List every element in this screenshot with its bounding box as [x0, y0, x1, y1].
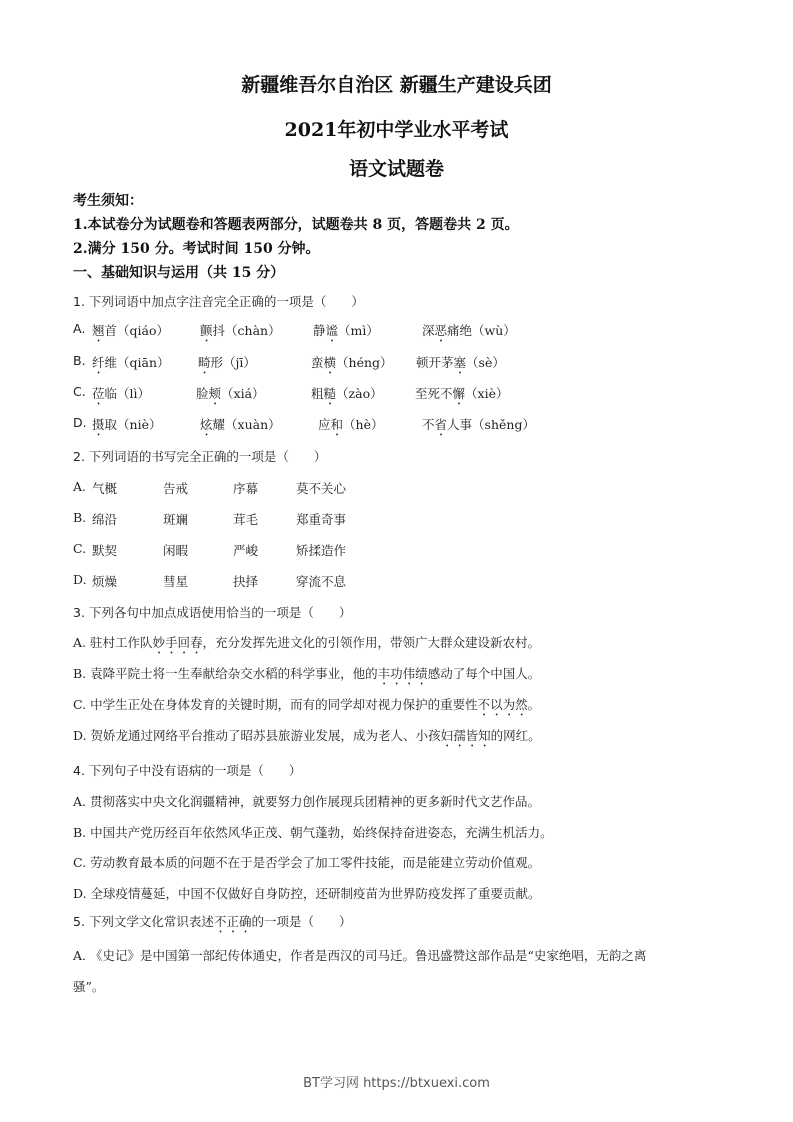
option-word: 不省人事（shěng） — [422, 415, 535, 439]
option-word: 静谧（mì） — [313, 321, 379, 345]
question-5-stem: 5. 下列文学文化常识表述不正确的一项是（ ） — [73, 912, 351, 936]
option-word: 莅临（lì） — [92, 384, 150, 408]
question-2-stem: 2. 下列词语的书写完全正确的一项是（ ） — [73, 447, 326, 465]
question-5-option-a-continued: 骚”。 — [73, 977, 104, 995]
question-3-option-d: D. 贺娇龙通过网络平台推动了昭苏县旅游业发展，成为老人、小孩妇孺皆知的网红。 — [73, 726, 541, 750]
option-word: 颤抖（chàn） — [200, 321, 281, 345]
notice-heading: 考生须知： — [73, 190, 143, 210]
question-1-stem: 1. 下列词语中加点字注音完全正确的一项是（ ） — [73, 292, 364, 310]
question-3-option-b: B. 袁降平院士将一生奉献给杂交水稻的科学事业，他的丰功伟绩感动了每个中国人。 — [73, 664, 540, 688]
watermark-footer: BT学习网 https://btxuexi.com — [0, 1072, 793, 1091]
option-word: 顿开茅塞（sè） — [416, 353, 505, 377]
option-word: 蛮横（héng） — [311, 353, 393, 377]
option-word: 至死不懈（xiè） — [415, 384, 508, 408]
question-4-option-a: A. 贯彻落实中央文化润疆精神，就要努力创作展现兵团精神的更多新时代文艺作品。 — [73, 792, 540, 810]
notice-item-1: 1.本试卷分为试题卷和答题表两部分，试题卷共 8 页，答题卷共 2 页。 — [73, 214, 519, 234]
option-word: 深恶痛绝（wù） — [422, 321, 516, 345]
question-3-stem: 3. 下列各句中加点成语使用恰当的一项是（ ） — [73, 603, 351, 621]
option-word: 畸形（jī） — [198, 353, 256, 377]
option-word: 应和（hè） — [318, 415, 383, 439]
question-number: 1. — [73, 294, 85, 309]
notice-item-2: 2.满分 150 分。考试时间 150 分钟。 — [73, 238, 320, 258]
exam-page: 新疆维吾尔自治区 新疆生产建设兵团 2021年初中学业水平考试 语文试题卷 考生… — [0, 0, 793, 1122]
title-subject: 语文试题卷 — [0, 154, 793, 181]
title-exam: 2021年初中学业水平考试 — [0, 115, 793, 142]
title-region: 新疆维吾尔自治区 新疆生产建设兵团 — [0, 70, 793, 97]
option-word: 脸颊（xiá） — [196, 384, 265, 408]
option-word: 纤维（qiān） — [92, 353, 170, 377]
question-4-stem: 4. 下列句子中没有语病的一项是（ ） — [73, 761, 301, 779]
option-word: 摄取（niè） — [92, 415, 161, 439]
question-3-option-c: C. 中学生正处在身体发育的关键时期，而有的同学却对视力保护的重要性不以为然。 — [73, 695, 540, 719]
question-5-option-a: A. 《史记》是中国第一部纪传体通史，作者是西汉的司马迁。鲁迅盛赞这部作品是“史… — [73, 946, 646, 964]
option-word: 粗糙（zào） — [311, 384, 383, 408]
section-heading: 一、基础知识与运用（共 15 分） — [73, 262, 284, 282]
question-4-option-b: B. 中国共产党历经百年依然风华正茂、朝气蓬勃，始终保持奋进姿态，充满生机活力。 — [73, 823, 553, 841]
question-4-option-c: C. 劳动教育最本质的问题不在于是否学会了加工零件技能，而是能建立劳动价值观。 — [73, 853, 540, 871]
option-word: 炫耀（xuàn） — [200, 415, 281, 439]
option-word: 翘首（qiáo） — [92, 321, 169, 345]
question-3-option-a: A. 驻村工作队妙手回春，充分发挥先进文化的引领作用，带领广大群众建设新农村。 — [73, 633, 540, 657]
question-4-option-d: D. 全球疫情蔓延，中国不仅做好自身防控，还研制疫苗为世界防疫发挥了重要贡献。 — [73, 884, 541, 902]
